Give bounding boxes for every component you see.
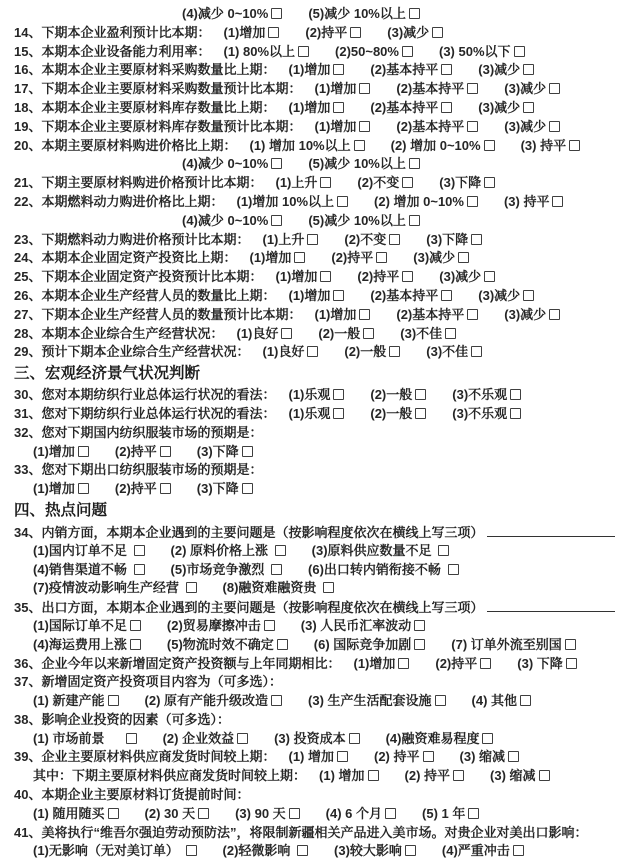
option-label: (2)一般 — [318, 326, 360, 341]
option-label: (1)乐观 — [288, 406, 330, 421]
checkbox-empty-icon[interactable] — [130, 639, 141, 650]
checkbox-empty-icon[interactable] — [448, 564, 459, 575]
checkbox-empty-icon[interactable] — [402, 177, 413, 188]
option: (1)良好 — [236, 326, 292, 341]
checkbox-empty-icon[interactable] — [271, 564, 282, 575]
checkbox-empty-icon[interactable] — [432, 27, 443, 38]
option: (4) 6 个月 — [326, 806, 396, 821]
option-label: (2)轻微影响 — [223, 843, 295, 858]
checkbox-empty-icon[interactable] — [160, 446, 171, 457]
option-label: (1)增加 — [314, 307, 356, 322]
checkbox-empty-icon[interactable] — [471, 234, 482, 245]
q33-options: (1)增加(2)持平(3)下降 — [14, 480, 610, 499]
question-text: 本期本企业主要原材料采购数量比上期： — [41, 62, 275, 77]
checkbox-empty-icon[interactable] — [409, 8, 420, 19]
question-text: 企业今年以来新增固定资产投资额与上年同期相比： — [41, 656, 340, 671]
checkbox-empty-icon[interactable] — [389, 234, 400, 245]
option-label: (4)减少 0~10% — [182, 213, 268, 228]
checkbox-empty-icon[interactable] — [242, 446, 253, 457]
answer-blank[interactable] — [487, 523, 615, 537]
option-label: (7) 订单外流至别国 — [451, 637, 562, 652]
question-text: 新增固定资产投资项目内容为（可多选）： — [41, 674, 282, 689]
question-text: 企业主要原材料供应商发货时间较上期： — [41, 749, 275, 764]
option: (1) 新建产能 — [33, 693, 119, 708]
option: (1)增加 — [314, 81, 370, 96]
checkbox-empty-icon[interactable] — [441, 64, 452, 75]
option-label: (1) 新建产能 — [33, 693, 105, 708]
option-label: (3) 90 天 — [235, 806, 286, 821]
checkbox-empty-icon[interactable] — [520, 695, 531, 706]
question-number: 31、 — [14, 406, 41, 421]
checkbox-empty-icon[interactable] — [271, 8, 282, 19]
checkbox-empty-icon[interactable] — [402, 46, 413, 57]
question-number: 20、 — [14, 138, 41, 153]
option: (2) 持平 — [405, 768, 465, 783]
question-number: 40、 — [14, 787, 41, 802]
option-label: (2) 原有产能升级改造 — [145, 693, 269, 708]
q32-options: (1)增加(2)持平(3)下降 — [14, 443, 610, 462]
checkbox-empty-icon[interactable] — [298, 46, 309, 57]
question-number: 24、 — [14, 250, 41, 265]
option-label: (2)基本持平 — [370, 100, 438, 115]
option-label: (3)减少 — [478, 62, 520, 77]
option: (3) 投资成本 — [274, 731, 360, 746]
option: (1)上升 — [275, 175, 331, 190]
option: (2)50~80% — [335, 44, 413, 59]
option-label: (2)一般 — [344, 344, 386, 359]
option-label: (3)下降 — [439, 175, 481, 190]
question-40: 40、本期企业主要原材料订货提前时间： — [14, 786, 610, 805]
question-number: 23、 — [14, 232, 41, 247]
checkbox-empty-icon[interactable] — [471, 346, 482, 357]
checkbox-empty-icon[interactable] — [186, 582, 197, 593]
question-30: 30、您对本期纺织行业总体运行状况的看法：(1)乐观(2)一般(3)不乐观 — [14, 386, 610, 405]
option: (2)轻微影响 — [223, 843, 309, 858]
checkbox-empty-icon[interactable] — [333, 102, 344, 113]
checkbox-empty-icon[interactable] — [271, 695, 282, 706]
question-text: 本期主要原材料购进价格比上期： — [41, 138, 236, 153]
checkbox-empty-icon[interactable] — [549, 121, 560, 132]
question-number: 17、 — [14, 81, 41, 96]
option: (2) 企业效益 — [163, 731, 249, 746]
option: (1)乐观 — [288, 406, 344, 421]
option-label: (4)减少 0~10% — [182, 156, 268, 171]
checkbox-empty-icon[interactable] — [359, 83, 370, 94]
option-label: (1)上升 — [275, 175, 317, 190]
option: (2)基本持平 — [370, 62, 452, 77]
question-number: 28、 — [14, 326, 41, 341]
question-number: 29、 — [14, 344, 41, 359]
section-4: 四、热点问题 — [14, 499, 610, 523]
option-label: (1)增加 — [288, 62, 330, 77]
option: (1)增加 — [353, 656, 409, 671]
option-label: (5)市场竞争激烈 — [171, 562, 269, 577]
checkbox-empty-icon[interactable] — [552, 196, 563, 207]
checkbox-empty-icon[interactable] — [242, 483, 253, 494]
checkbox-empty-icon[interactable] — [186, 845, 197, 856]
option: (4)融资难易程度 — [386, 731, 494, 746]
question-text: 下期本企业盈利预计比本期： — [41, 25, 210, 40]
question-text: 其中：下期主要原材料供应商发货时间较上期： — [33, 768, 306, 783]
option-label: (3)减少 — [478, 100, 520, 115]
question-23: 23、下期燃料动力购进价格预计比本期：(1)上升(2)不变(3)下降 — [14, 231, 610, 250]
checkbox-empty-icon[interactable] — [523, 64, 534, 75]
option: (3)下降 — [426, 232, 482, 247]
question-text: 您对下期纺织行业总体运行状况的看法： — [41, 406, 275, 421]
option: (2)贸易摩擦冲击 — [167, 618, 275, 633]
q35-options-row1: (1)国际订单不足(2)贸易摩擦冲击(3) 人民币汇率波动 — [14, 617, 610, 636]
checkbox-empty-icon[interactable] — [458, 252, 469, 263]
question-38: 38、影响企业投资的因素（可多选）： — [14, 711, 610, 730]
option: (1)良好 — [262, 344, 318, 359]
option: (4)严重冲击 — [442, 843, 524, 858]
checkbox-empty-icon[interactable] — [467, 83, 478, 94]
option: (2)持平 — [331, 250, 387, 265]
option-label: (5)物流时效不确定 — [167, 637, 274, 652]
option-label: (2)基本持平 — [370, 62, 438, 77]
question-number: 14、 — [14, 25, 41, 40]
checkbox-empty-icon[interactable] — [108, 695, 119, 706]
checkbox-empty-icon[interactable] — [508, 751, 519, 762]
checkbox-empty-icon[interactable] — [271, 215, 282, 226]
option-label: (3)下降 — [426, 232, 468, 247]
question-text: 影响企业投资的因素（可多选）： — [41, 712, 230, 727]
option: (3)减少 — [478, 288, 534, 303]
option: (1)无影响（无对美订单） — [33, 843, 197, 858]
option-label: (3)减少 — [439, 269, 481, 284]
option: (1)增加 — [288, 288, 344, 303]
option: (2)一般 — [344, 344, 400, 359]
option-label: (1) 增加 10%以上 — [249, 138, 350, 153]
option-label: (1) 80%以上 — [223, 44, 295, 59]
checkbox-empty-icon[interactable] — [385, 808, 396, 819]
question-17: 17、下期本企业主要原材料采购数量预计比本期：(1)增加(2)基本持平(3)减少 — [14, 80, 610, 99]
question-number: 38、 — [14, 712, 41, 727]
question-text: 出口方面，本期本企业遇到的主要问题是（按影响程度依次在横线上写三项） — [41, 600, 483, 615]
option: (1) 市场前景 — [33, 731, 137, 746]
option-label: (1)增加 — [33, 444, 75, 459]
checkbox-empty-icon[interactable] — [271, 158, 282, 169]
checkbox-empty-icon[interactable] — [409, 215, 420, 226]
checkbox-empty-icon[interactable] — [354, 140, 365, 151]
checkbox-empty-icon[interactable] — [134, 545, 145, 556]
option-label: (2)不变 — [357, 175, 399, 190]
option-label: (2)一般 — [370, 406, 412, 421]
checkbox-empty-icon[interactable] — [484, 177, 495, 188]
option-label: (3)较大影响 — [334, 843, 402, 858]
checkbox-empty-icon[interactable] — [565, 639, 576, 650]
checkbox-empty-icon[interactable] — [409, 158, 420, 169]
checkbox-empty-icon[interactable] — [453, 770, 464, 781]
option: (4)海运费用上涨 — [33, 637, 141, 652]
option-label: (4)严重冲击 — [442, 843, 510, 858]
checkbox-empty-icon[interactable] — [320, 177, 331, 188]
checkbox-empty-icon[interactable] — [297, 845, 308, 856]
question-number: 34、 — [14, 525, 41, 540]
checkbox-empty-icon[interactable] — [333, 64, 344, 75]
question-16: 16、本期本企业主要原材料采购数量比上期：(1)增加(2)基本持平(3)减少 — [14, 61, 610, 80]
option: (2)一般 — [370, 387, 426, 402]
option-label: (1)增加 — [314, 119, 356, 134]
option: (3)减少 — [504, 307, 560, 322]
q38-options: (1) 市场前景 (2) 企业效益(3) 投资成本(4)融资难易程度 — [14, 730, 610, 749]
checkbox-empty-icon[interactable] — [78, 483, 89, 494]
option: (3)减少 — [387, 25, 443, 40]
checkbox-empty-icon[interactable] — [359, 309, 370, 320]
question-34: 34、内销方面，本期本企业遇到的主要问题是（按影响程度依次在横线上写三项） — [14, 523, 610, 542]
option: (2)持平 — [305, 25, 361, 40]
checkbox-empty-icon[interactable] — [333, 408, 344, 419]
checkbox-empty-icon[interactable] — [415, 389, 426, 400]
checkbox-empty-icon[interactable] — [294, 252, 305, 263]
option-label: (2)持平 — [331, 250, 373, 265]
checkbox-empty-icon[interactable] — [405, 845, 416, 856]
checkbox-empty-icon[interactable] — [363, 328, 374, 339]
checkbox-empty-icon[interactable] — [130, 620, 141, 631]
question-number: 16、 — [14, 62, 41, 77]
question-text: 本期燃料动力购进价格比上期： — [41, 194, 223, 209]
option-label: (2) 30 天 — [145, 806, 196, 821]
checkbox-empty-icon[interactable] — [281, 328, 292, 339]
checkbox-empty-icon[interactable] — [467, 196, 478, 207]
checkbox-empty-icon[interactable] — [78, 446, 89, 457]
checkbox-empty-icon[interactable] — [277, 639, 288, 650]
option: (2) 原料价格上涨 — [171, 543, 286, 558]
option: (1) 增加 — [319, 768, 379, 783]
checkbox-empty-icon[interactable] — [482, 733, 493, 744]
checkbox-empty-icon[interactable] — [398, 658, 409, 669]
checkbox-empty-icon[interactable] — [389, 346, 400, 357]
checkbox-empty-icon[interactable] — [549, 83, 560, 94]
checkbox-empty-icon[interactable] — [337, 196, 348, 207]
option-label: (3)减少 — [504, 119, 546, 134]
checkbox-empty-icon[interactable] — [289, 808, 300, 819]
option: (1) 增加 — [288, 749, 348, 764]
question-number: 27、 — [14, 307, 41, 322]
checkbox-empty-icon[interactable] — [438, 545, 449, 556]
option: (3)减少 — [413, 250, 469, 265]
option: (3)减少 — [504, 119, 560, 134]
option: (5)减少 10%以上 — [308, 156, 420, 171]
question-number: 30、 — [14, 387, 41, 402]
option: (3) 90 天 — [235, 806, 300, 821]
option-label: (1) 增加 — [319, 768, 365, 783]
checkbox-empty-icon[interactable] — [237, 733, 248, 744]
option: (3)不乐观 — [452, 406, 521, 421]
option-label: (4) 其他 — [472, 693, 518, 708]
option: (4) 其他 — [472, 693, 532, 708]
option: (1)增加 — [288, 62, 344, 77]
option-label: (1) 增加 — [288, 749, 334, 764]
option-label: (3)减少 — [504, 81, 546, 96]
option: (1)增加 — [275, 269, 331, 284]
question-text: 您对本期纺织行业总体运行状况的看法： — [41, 387, 275, 402]
checkbox-empty-icon[interactable] — [467, 121, 478, 132]
checkbox-empty-icon[interactable] — [268, 27, 279, 38]
option: (5)减少 10%以上 — [308, 213, 420, 228]
option-label: (3) 投资成本 — [274, 731, 346, 746]
checkbox-empty-icon[interactable] — [307, 346, 318, 357]
option: (3)不佳 — [426, 344, 482, 359]
question-text: 内销方面，本期本企业遇到的主要问题是（按影响程度依次在横线上写三项） — [41, 525, 483, 540]
option-label: (2)贸易摩擦冲击 — [167, 618, 261, 633]
option-label: (2)持平 — [357, 269, 399, 284]
option: (3) 缩减 — [490, 768, 550, 783]
q34-options-row1: (1)国内订单不足 (2) 原料价格上涨 (3)原料供应数量不足 — [14, 542, 610, 561]
option-label: (8)融资难融资贵 — [223, 580, 321, 595]
checkbox-empty-icon[interactable] — [480, 658, 491, 669]
checkbox-empty-icon[interactable] — [510, 389, 521, 400]
option-label: (4)融资难易程度 — [386, 731, 480, 746]
option: (1)国际订单不足 — [33, 618, 141, 633]
checkbox-empty-icon[interactable] — [523, 290, 534, 301]
checkbox-empty-icon[interactable] — [467, 309, 478, 320]
checkbox-empty-icon[interactable] — [539, 770, 550, 781]
option-label: (1)上升 — [262, 232, 304, 247]
option: (1)增加 10%以上 — [236, 194, 348, 209]
option: (2) 持平 — [374, 749, 434, 764]
option-label: (2)基本持平 — [396, 81, 464, 96]
checkbox-empty-icon[interactable] — [484, 140, 495, 151]
option-label: (2) 持平 — [405, 768, 451, 783]
option: (5)减少 10%以上 — [308, 6, 420, 21]
option-label: (3) 人民币汇率波动 — [301, 618, 412, 633]
option-label: (2)一般 — [370, 387, 412, 402]
option: (1) 增加 10%以上 — [249, 138, 364, 153]
question-24: 24、本期本企业固定资产投资比上期：(1)增加(2)持平(3)减少 — [14, 249, 610, 268]
option-label: (1)增加 — [288, 100, 330, 115]
checkbox-empty-icon[interactable] — [349, 733, 360, 744]
option: (3) 人民币汇率波动 — [301, 618, 426, 633]
question-31: 31、您对下期纺织行业总体运行状况的看法：(1)乐观(2)一般(3)不乐观 — [14, 405, 610, 424]
option: (1)增加 — [314, 119, 370, 134]
option: (2)基本持平 — [396, 119, 478, 134]
checkbox-empty-icon[interactable] — [333, 290, 344, 301]
checkbox-empty-icon[interactable] — [441, 290, 452, 301]
checkbox-empty-icon[interactable] — [307, 234, 318, 245]
option-label: (5)减少 10%以上 — [308, 6, 406, 21]
option-label: (2) 持平 — [374, 749, 420, 764]
option-label: (3)不乐观 — [452, 387, 507, 402]
questionnaire-page: (4)减少 0~10%(5)减少 10%以上14、下期本企业盈利预计比本期：(1… — [14, 5, 610, 861]
option: (1)增加 — [314, 307, 370, 322]
option: (4)减少 0~10% — [182, 6, 282, 21]
question-text: 本期本企业设备能力利用率： — [41, 44, 210, 59]
option: (2) 增加 0~10% — [374, 194, 478, 209]
q34-options-row3: (7)疫情波动影响生产经营 (8)融资难融资贵 — [14, 579, 610, 598]
checkbox-empty-icon[interactable] — [510, 408, 521, 419]
answer-blank[interactable] — [487, 598, 615, 612]
checkbox-empty-icon[interactable] — [368, 770, 379, 781]
option: (1)增加 — [33, 444, 89, 459]
option-label: (2) 企业效益 — [163, 731, 235, 746]
checkbox-empty-icon[interactable] — [441, 102, 452, 113]
checkbox-empty-icon[interactable] — [423, 751, 434, 762]
checkbox-empty-icon[interactable] — [350, 27, 361, 38]
option-label: (2) 原料价格上涨 — [171, 543, 272, 558]
checkbox-empty-icon[interactable] — [414, 639, 425, 650]
option: (2)基本持平 — [370, 288, 452, 303]
option-label: (1)增加 — [353, 656, 395, 671]
q41-options: (1)无影响（无对美订单） (2)轻微影响 (3)较大影响(4)严重冲击 — [14, 842, 610, 861]
question-number: 15、 — [14, 44, 41, 59]
checkbox-empty-icon[interactable] — [569, 140, 580, 151]
question-35: 35、出口方面，本期本企业遇到的主要问题是（按影响程度依次在横线上写三项） — [14, 598, 610, 617]
checkbox-empty-icon[interactable] — [323, 582, 334, 593]
option-label: (1)国际订单不足 — [33, 618, 127, 633]
option-label: (3)减少 — [504, 307, 546, 322]
checkbox-empty-icon[interactable] — [468, 808, 479, 819]
option: (3) 持平 — [521, 138, 581, 153]
option-label: (2)50~80% — [335, 44, 399, 59]
checkbox-empty-icon[interactable] — [333, 389, 344, 400]
question-number: 18、 — [14, 100, 41, 115]
question-number: 21、 — [14, 175, 41, 190]
checkbox-empty-icon[interactable] — [376, 252, 387, 263]
checkbox-empty-icon[interactable] — [134, 564, 145, 575]
option: (5)物流时效不确定 — [167, 637, 288, 652]
checkbox-empty-icon[interactable] — [549, 309, 560, 320]
checkbox-empty-icon[interactable] — [275, 545, 286, 556]
option-label: (1)增加 — [223, 25, 265, 40]
option: (6) 国际竞争加剧 — [314, 637, 426, 652]
checkbox-empty-icon[interactable] — [320, 271, 331, 282]
question-33: 33、您对下期出口纺织服装市场的预期是： — [14, 461, 610, 480]
option: (2) 30 天 — [145, 806, 210, 821]
checkbox-empty-icon[interactable] — [414, 620, 425, 631]
question-28: 28、本期本企业综合生产经营状况：(1)良好(2)一般(3)不佳 — [14, 325, 610, 344]
checkbox-empty-icon[interactable] — [264, 620, 275, 631]
question-19: 19、下期本企业主要原材料库存数量预计比本期：(1)增加(2)基本持平(3)减少 — [14, 118, 610, 137]
checkbox-empty-icon[interactable] — [160, 483, 171, 494]
option: (3) 缩减 — [460, 749, 520, 764]
checkbox-empty-icon[interactable] — [415, 408, 426, 419]
checkbox-empty-icon[interactable] — [359, 121, 370, 132]
question-text: 美将执行“维吾尔强迫劳动预防法”，将限制新疆相关产品进入美市场。对贵企业对美出口… — [41, 825, 587, 840]
option: (3)减少 — [478, 62, 534, 77]
question-number: 22、 — [14, 194, 41, 209]
option: (1) 80%以上 — [223, 44, 309, 59]
checkbox-empty-icon[interactable] — [402, 271, 413, 282]
checkbox-empty-icon[interactable] — [513, 845, 524, 856]
question-26: 26、本期本企业生产经营人员的数量比上期：(1)增加(2)基本持平(3)减少 — [14, 287, 610, 306]
option-label: (2)基本持平 — [396, 307, 464, 322]
checkbox-empty-icon[interactable] — [198, 808, 209, 819]
option-label: (4)减少 0~10% — [182, 6, 268, 21]
checkbox-empty-icon[interactable] — [484, 271, 495, 282]
option: (1) 随用随买 — [33, 806, 119, 821]
checkbox-empty-icon[interactable] — [108, 808, 119, 819]
checkbox-empty-icon[interactable] — [523, 102, 534, 113]
option: (3)下降 — [439, 175, 495, 190]
option-label: (1) 市场前景 — [33, 731, 123, 746]
option: (7) 订单外流至别国 — [451, 637, 576, 652]
option-label: (3) 持平 — [504, 194, 550, 209]
checkbox-empty-icon[interactable] — [566, 658, 577, 669]
option-label: (5)减少 10%以上 — [308, 213, 406, 228]
question-text: 下期主要原材料购进价格预计比本期： — [41, 175, 262, 190]
checkbox-empty-icon[interactable] — [337, 751, 348, 762]
checkbox-empty-icon[interactable] — [514, 46, 525, 57]
checkbox-empty-icon[interactable] — [445, 328, 456, 339]
checkbox-empty-icon[interactable] — [435, 695, 446, 706]
option: (2)一般 — [318, 326, 374, 341]
option-label: (4) 6 个月 — [326, 806, 382, 821]
checkbox-empty-icon[interactable] — [126, 733, 137, 744]
question-14: 14、下期本企业盈利预计比本期：(1)增加(2)持平(3)减少 — [14, 24, 610, 43]
option: (3)减少 — [439, 269, 495, 284]
option: (4)减少 0~10% — [182, 156, 282, 171]
